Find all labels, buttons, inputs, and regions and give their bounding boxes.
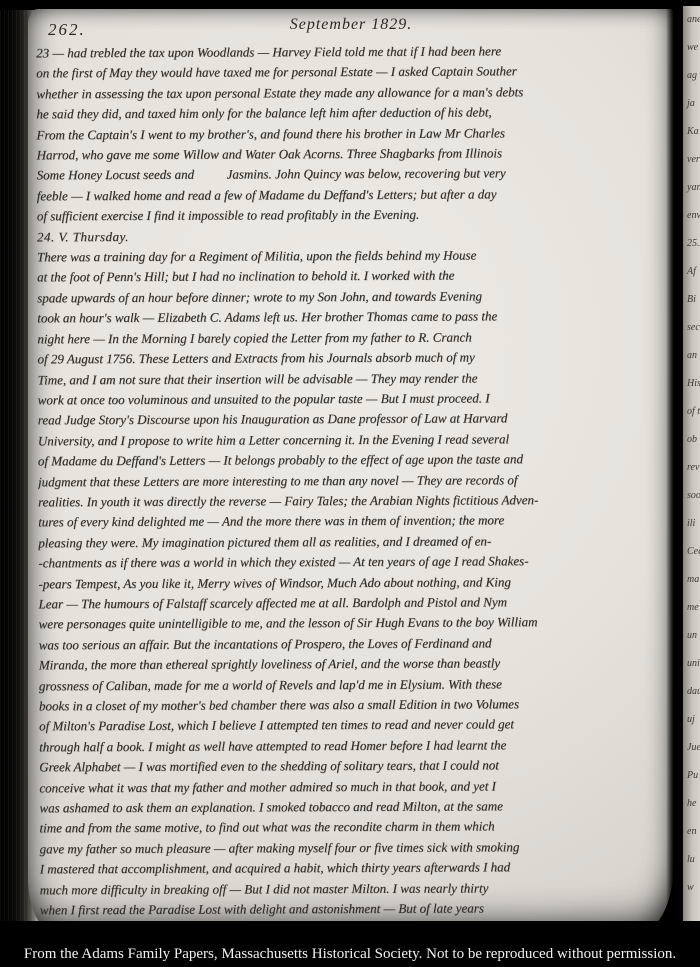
manuscript-line: conceive what it was that my father and …	[39, 775, 667, 798]
manuscript-line: pleasing they were. My imagination pictu…	[38, 530, 666, 553]
manuscript-line: much more difficulty in breaking off — B…	[40, 877, 668, 900]
manuscript-line: were personages quite unintelligible to …	[39, 612, 667, 635]
manuscript-line: books in a closet of my mother's bed cha…	[39, 694, 667, 717]
manuscript-line: time and from the same motive, to find o…	[39, 816, 667, 839]
manuscript-line: Time, and I am not sure that their inser…	[38, 367, 666, 390]
facing-page-fragment: ver	[683, 146, 700, 174]
manuscript-line: I mastered that accomplishment, and acqu…	[40, 857, 668, 880]
facing-page-fragment: sec	[683, 314, 700, 342]
facing-page-fragment: an	[683, 342, 700, 370]
entry-24-heading: 24. V. Thursday.	[37, 224, 665, 247]
manuscript-line: of 29 August 1756. These Letters and Ext…	[37, 347, 665, 370]
manuscript-line: realities. In youth it was directly the …	[38, 490, 666, 513]
facing-page-fragment: ja	[683, 90, 700, 118]
facing-page-fragment: Bi	[683, 286, 700, 314]
facing-page-fragment: ob	[683, 426, 700, 454]
manuscript-line: work at once too voluminous and unsuited…	[38, 388, 666, 411]
facing-page-fragment: lu	[683, 846, 700, 874]
manuscript-line: night here — In the Morning I barely cop…	[37, 326, 665, 349]
facing-page-sliver: aneweagjaKaveryanenv25.AfBisecanHisof th…	[683, 6, 700, 936]
footer-credit-bar: From the Adams Family Papers, Massachuse…	[0, 943, 700, 967]
facing-page-fragment: env	[683, 202, 700, 230]
manuscript-line: on the first of May they would have taxe…	[36, 61, 664, 84]
facing-page-fragment: Jue	[683, 734, 700, 762]
facing-page-fragment: ma	[683, 566, 700, 594]
manuscript-line: There was a training day for a Regiment …	[37, 245, 665, 268]
manuscript-line: University, and I propose to write him a…	[38, 428, 666, 451]
facing-page-fragment: soon	[683, 482, 700, 510]
manuscript-line: read Judge Story's Discourse upon his In…	[38, 408, 666, 431]
manuscript-line: From the Captain's I went to my brother'…	[36, 122, 664, 145]
manuscript-line: when I first read the Paradise Lost with…	[40, 898, 668, 921]
facing-page-fragment: he	[683, 790, 700, 818]
manuscript-line: tures of every kind delighted me — And t…	[38, 510, 666, 533]
manuscript-line: judgment that these Letters are more int…	[38, 469, 666, 492]
facing-page-fragment: Cec	[683, 538, 700, 566]
manuscript-line: was too serious an affair. But the incan…	[39, 632, 667, 655]
manuscript-line: through half a book. I might as well hav…	[39, 734, 667, 757]
facing-page-fragment: of th	[683, 398, 700, 426]
manuscript-line: grossness of Caliban, made for me a worl…	[39, 673, 667, 696]
facing-page-fragment: me	[683, 594, 700, 622]
facing-page-fragment: Pu	[683, 762, 700, 790]
manuscript-text: 23 — had trebled the tax upon Woodlands …	[36, 41, 668, 924]
facing-page-fragment: rev	[683, 454, 700, 482]
manuscript-line: -chantments as if there was a world in w…	[38, 551, 666, 574]
facing-page-fragment: 25.	[683, 230, 700, 258]
footer-credit: From the Adams Family Papers, Massachuse…	[24, 946, 676, 962]
entry-23: 23 — had trebled the tax upon Woodlands …	[36, 41, 665, 227]
manuscript-line: he said they did, and taxed him only for…	[36, 102, 664, 125]
manuscript-line: feeble — I walked home and read a few of…	[37, 183, 665, 206]
manuscript-line: Harrod, who gave me some Willow and Wate…	[37, 143, 665, 166]
manuscript-line: took an hour's walk — Elizabeth C. Adams…	[37, 306, 665, 329]
date-heading: September 1829.	[28, 16, 674, 34]
manuscript-line: Lear — The humours of Falstaff scarcely …	[38, 592, 666, 615]
manuscript-line: Greek Alphabet — I was mortified even to…	[39, 755, 667, 778]
facing-page-fragment: un	[683, 622, 700, 650]
manuscript-line: of Madame du Deffand's Letters — It belo…	[38, 449, 666, 472]
manuscript-line: at the foot of Penn's Hill; but I had no…	[37, 265, 665, 288]
facing-page-fragment: ili	[683, 510, 700, 538]
manuscript-line: Some Honey Locust seeds and Jasmins. Joh…	[37, 163, 665, 186]
facing-page-fragment: ag	[683, 62, 700, 90]
facing-page-fragment: Ka	[683, 118, 700, 146]
facing-page-fragment: ane	[683, 6, 700, 34]
manuscript-line: -pears Tempest, As you like it, Merry wi…	[38, 571, 666, 594]
manuscript-line: whether in assessing the tax upon person…	[36, 81, 664, 104]
manuscript-line: Miranda, the more than ethereal sprightl…	[39, 653, 667, 676]
manuscript-line: gave my father so much pleasure — after …	[40, 836, 668, 859]
facing-page-fragment: w	[683, 874, 700, 902]
manuscript-line: was ashamed to ask them an explanation. …	[39, 796, 667, 819]
facing-page-fragment: yan	[683, 174, 700, 202]
facing-page-fragment: Af	[683, 258, 700, 286]
facing-page-fragment: en	[683, 818, 700, 846]
manuscript-line: of sufficient exercise I find it impossi…	[37, 204, 665, 227]
facing-page-fragment: uj	[683, 706, 700, 734]
facing-page-fragment: dau	[683, 678, 700, 706]
facing-page-fragment: uni	[683, 650, 700, 678]
manuscript-page: 262. September 1829. 23 — had trebled th…	[28, 9, 674, 932]
facing-page-fragment: we	[683, 34, 700, 62]
manuscript-line: spade upwards of an hour before dinner; …	[37, 286, 665, 309]
facing-page-fragment: His	[683, 370, 700, 398]
manuscript-line: of Milton's Paradise Lost, which I belie…	[39, 714, 667, 737]
manuscript-line: 23 — had trebled the tax upon Woodlands …	[36, 41, 664, 64]
entry-24: There was a training day for a Regiment …	[37, 245, 668, 921]
